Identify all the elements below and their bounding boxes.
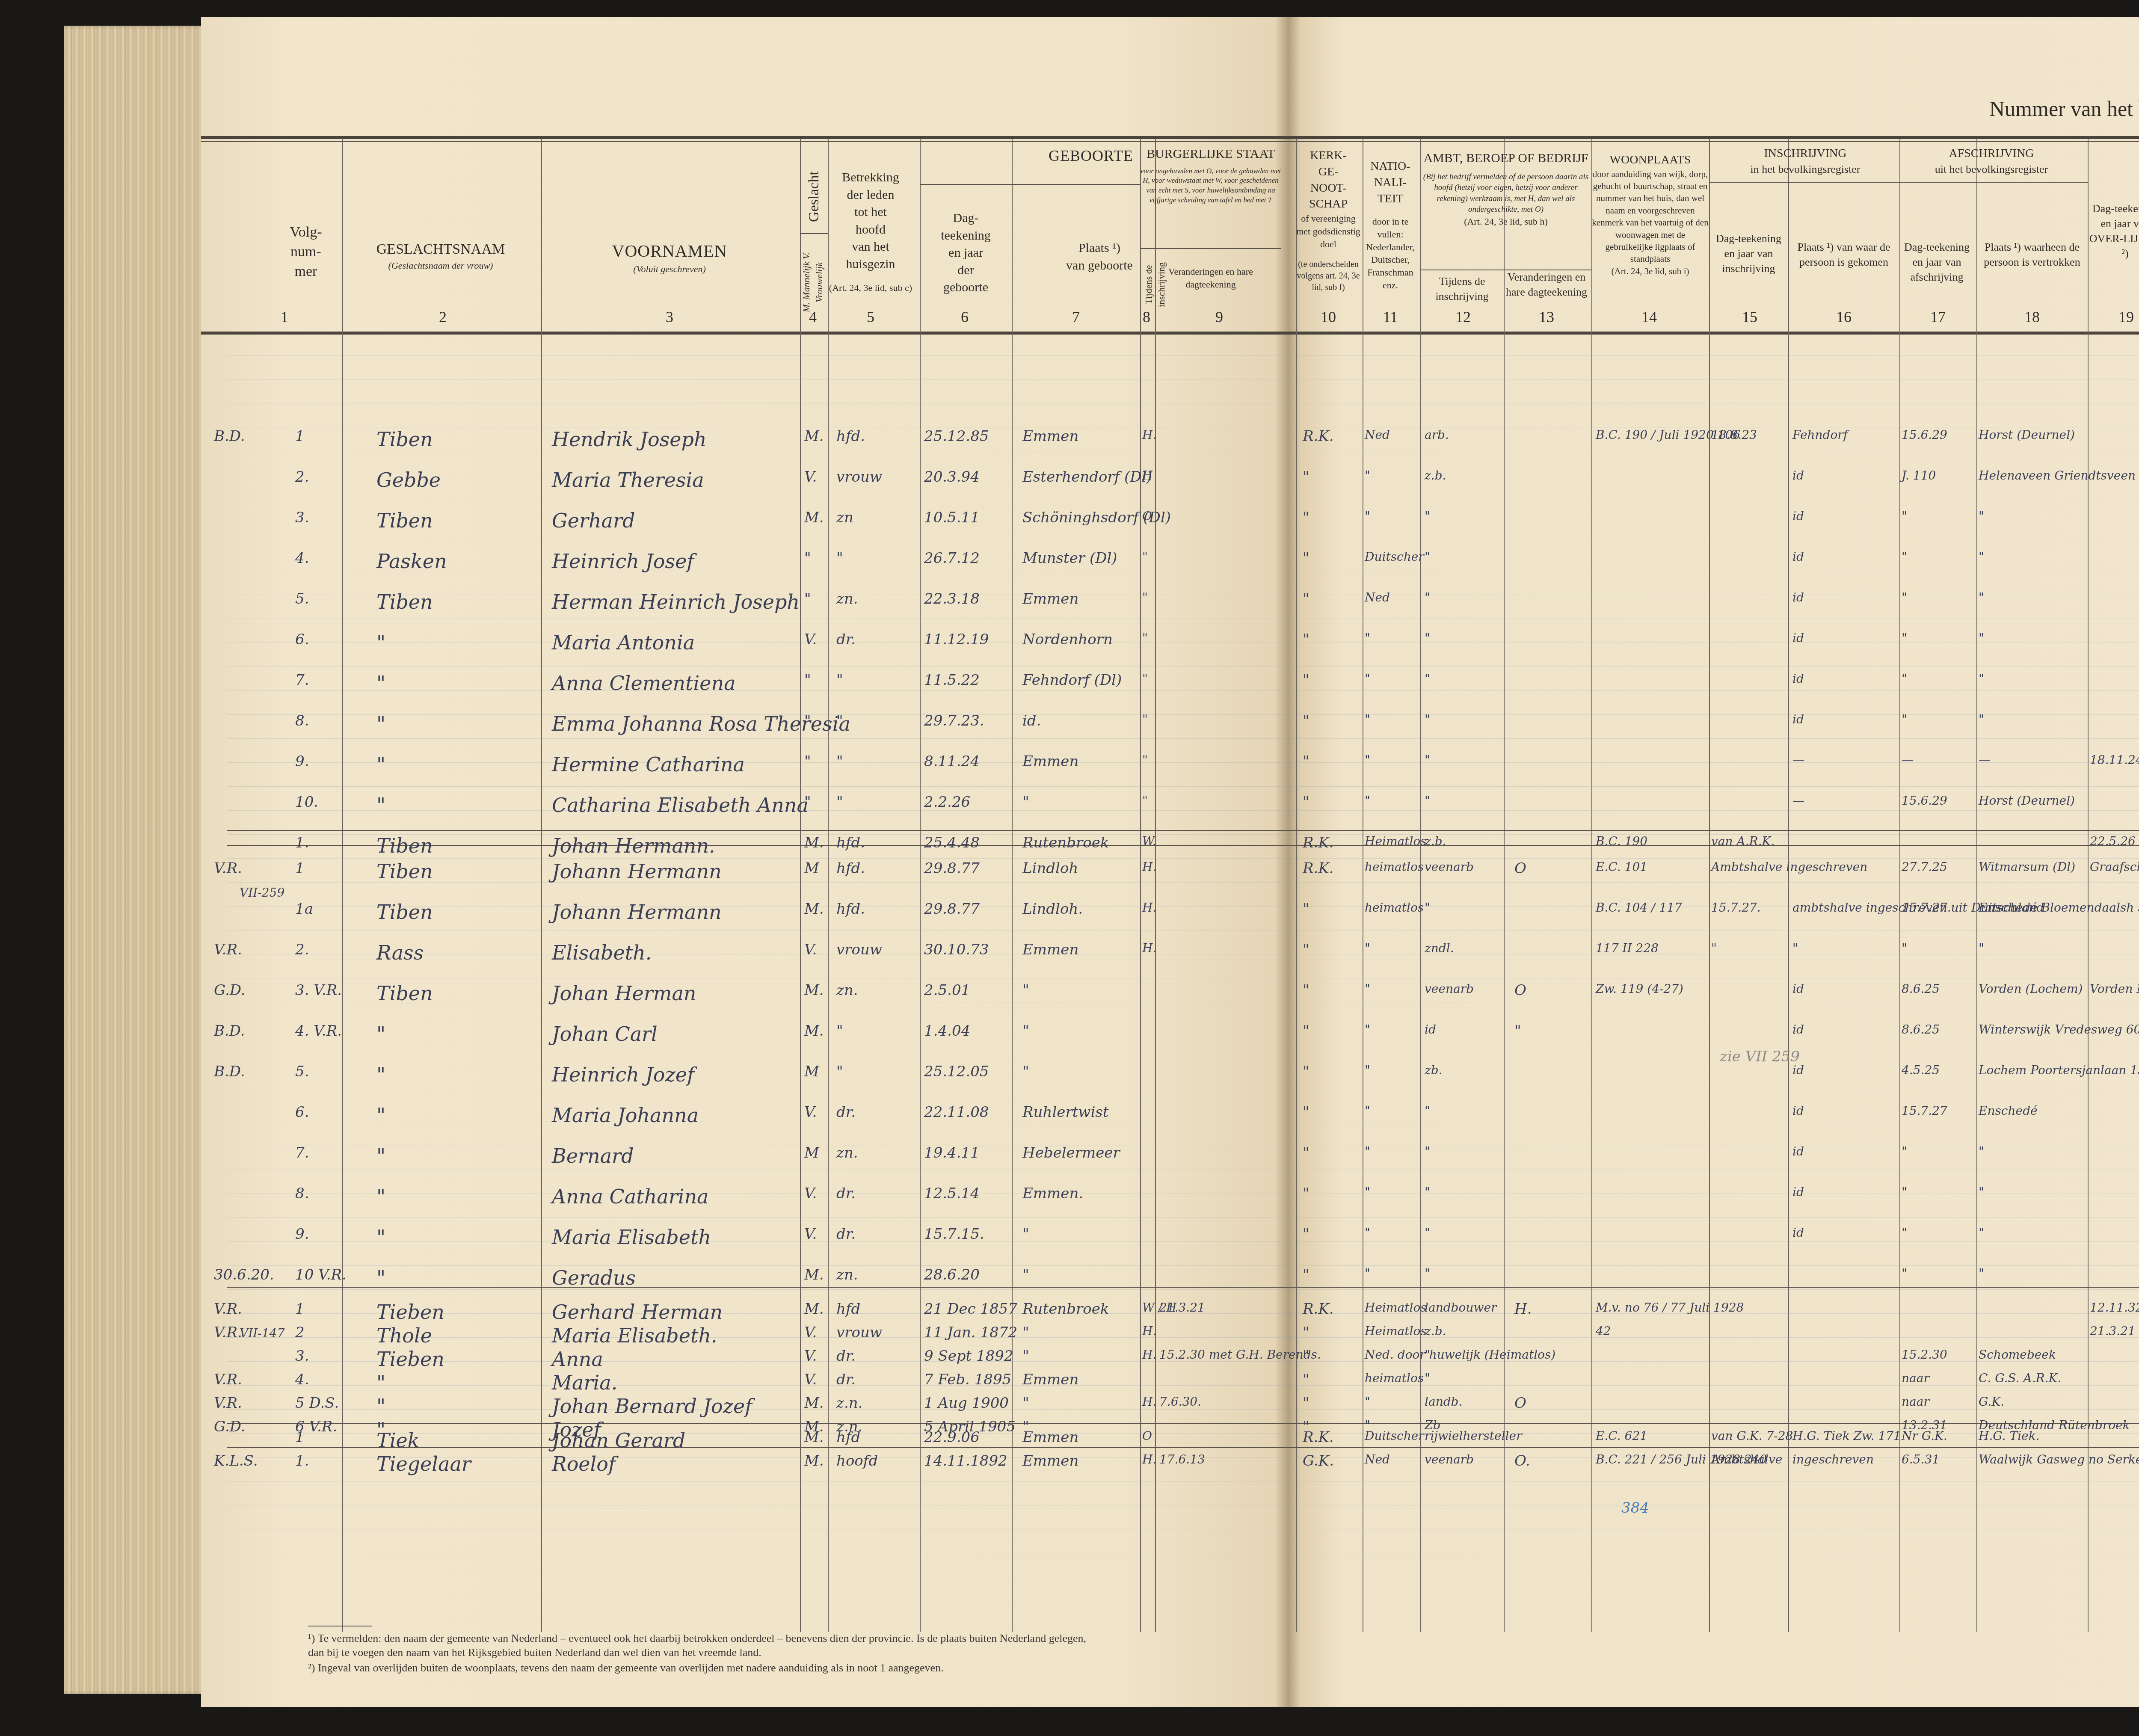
entry-church: " [1303, 672, 1309, 689]
blue-pencil-number: 384 [1621, 1499, 1649, 1517]
header-col-11: NATIO-NALI-TEITdoor in te vullen: Nederl… [1363, 158, 1418, 292]
entry-margin: G.D. [214, 1418, 246, 1435]
ruled-guide [227, 379, 2139, 379]
ruled-guide [227, 571, 2139, 571]
entry-surname: Tieben [376, 1301, 444, 1324]
entry-reg-date: Ambtshalve [1711, 1452, 1782, 1466]
entry-to: Schomebeek [1979, 1348, 2056, 1362]
entry-birth-place: " [1022, 1226, 1029, 1243]
column-number: 15 [1737, 308, 1763, 326]
entry-church: " [1303, 794, 1309, 811]
entry-relation: dr. [836, 1226, 856, 1243]
entry-death: 18.11.24 [2090, 753, 2139, 767]
entry-birth-date: 11.5.22 [924, 672, 980, 689]
entry-nr: 9. [295, 1226, 309, 1243]
margin-stamp: VII-259 [240, 886, 284, 900]
column-divider [1591, 139, 1592, 1632]
ruled-guide [227, 499, 2139, 499]
entry-to: " [1979, 941, 1984, 955]
entry-civil: W. [1142, 834, 1156, 848]
entry-given: Maria Elisabeth. [552, 1324, 717, 1347]
entry-nr: 4. V.R. [295, 1022, 342, 1040]
header-group-ambt: AMBT, BEROEP OF BEDRIJF(Bij het bedrijf … [1420, 150, 1591, 228]
entry-nationality: " [1365, 1185, 1370, 1199]
column-number: 9 [1206, 308, 1232, 326]
entry-nationality: Heimatlos [1365, 834, 1427, 848]
entry-surname: " [376, 1022, 385, 1046]
entry-from: ingeschreven [1792, 1452, 1874, 1466]
entry-civil: O [1142, 1429, 1152, 1443]
entry-from: id [1792, 468, 1804, 483]
entry-dereg-date: 15.7.27. [1902, 901, 1951, 915]
entry-sex: V. [804, 1185, 817, 1202]
entry-birth-date: 10.5.11 [924, 509, 980, 526]
entry-birth-place: Lindloh [1022, 860, 1078, 877]
entry-birth-date: 8.11.24 [924, 753, 980, 770]
header-top-rule [201, 136, 2139, 139]
entry-civil: " [1142, 753, 1148, 767]
entry-nationality: " [1365, 672, 1370, 686]
entry-occupation: veenarb [1425, 860, 1474, 874]
pencil-annotation: zie VII 259 [1720, 1048, 1800, 1065]
entry-civil: H. [1142, 941, 1156, 955]
column-divider [342, 139, 343, 1632]
entry-surname: " [376, 1226, 385, 1249]
entry-relation: dr. [836, 1371, 856, 1388]
entry-to: Horst (Deurnel) [1979, 428, 2075, 442]
entry-reg-date: Ambtshalve ingeschreven [1711, 860, 1867, 874]
entry-to: " [1979, 550, 1984, 564]
entry-nationality: Ned [1365, 428, 1390, 442]
entry-surname: Tiek [376, 1429, 420, 1452]
entry-occupation: arb. [1425, 428, 1449, 442]
ruled-guide [227, 738, 2139, 739]
entry-civil: H. [1142, 1395, 1156, 1409]
header-col-14: WOONPLAATSdoor aanduiding van wijk, dorp… [1591, 152, 1709, 277]
ruled-guide [227, 475, 2139, 475]
entry-nr: 7. [295, 1144, 309, 1161]
entry-surname: Rass [376, 941, 424, 964]
entry-death: 12.11.32. [2090, 1301, 2139, 1315]
entry-church: G.K. [1303, 1452, 1334, 1469]
entry-occupation: " [1425, 509, 1430, 523]
entry-nationality: " [1365, 794, 1370, 808]
entry-occ-change: O [1514, 1395, 1526, 1412]
header-col-12: Tijdens de inschrijving [1420, 274, 1504, 304]
entry-given: Anna [552, 1348, 603, 1371]
entry-sex: V. [804, 1324, 817, 1341]
entry-civil-change: 17.6.13 [1159, 1452, 1205, 1466]
entry-church: " [1303, 1226, 1309, 1243]
entry-dereg-date: " [1902, 672, 1907, 686]
column-number: 16 [1831, 308, 1857, 326]
entry-birth-place: Emmen [1022, 941, 1078, 958]
entry-given: Maria Elisabeth [552, 1226, 711, 1249]
household-separator [227, 1447, 2139, 1448]
entry-residence: M.v. no 76 / 77 Juli 1928 [1596, 1301, 1744, 1315]
column-divider [1363, 139, 1363, 1632]
entry-nationality: heimatlos [1365, 860, 1424, 874]
entry-relation: hfd. [836, 860, 865, 877]
ruled-guide [227, 1194, 2139, 1194]
ruled-guide [227, 882, 2139, 883]
entry-margin: 30.6.20. [214, 1266, 274, 1283]
entry-from: — [1792, 753, 1804, 767]
entry-surname: " [376, 631, 385, 654]
entry-birth-place: Emmen [1022, 753, 1078, 770]
entry-birth-date: 2.2.26 [924, 794, 970, 811]
entry-relation: hfd [836, 1429, 860, 1446]
entry-given: Maria Johanna [552, 1104, 699, 1127]
footnote-separator [308, 1626, 372, 1626]
entry-nationality: " [1365, 1063, 1370, 1077]
header-group-burgerlijke-staat: BURGERLIJKE STAATvoor ongehuwden met O, … [1140, 145, 1281, 205]
header-col-5: Betrekkingder ledentot hethoofdvan hethu… [828, 169, 913, 294]
ruled-guide [227, 762, 2139, 763]
entry-occupation: landb. [1425, 1395, 1462, 1409]
entry-nr: 1. [295, 834, 309, 851]
entry-dereg-date: — [1902, 753, 1914, 767]
entry-relation: hfd [836, 1301, 860, 1318]
entry-birth-date: 25.12.05 [924, 1063, 989, 1080]
entry-to: " [1979, 1266, 1984, 1280]
ruled-guide [227, 547, 2139, 547]
entry-birth-date: 11 Jan. 1872 [924, 1324, 1017, 1341]
entry-dereg-date: 6.5.31 [1902, 1452, 1940, 1466]
entry-occupation: " [1425, 631, 1430, 645]
ruled-guide [227, 1218, 2139, 1218]
entry-birth-place: Emmen [1022, 1429, 1078, 1446]
ruled-guide [227, 1505, 2139, 1505]
entry-birth-date: 22.11.08 [924, 1104, 989, 1121]
header-col-4: Geslacht [804, 158, 821, 235]
entry-occupation: " [1425, 1371, 1430, 1385]
entry-death: 22.5.26 [2090, 834, 2136, 848]
footnotes: ¹) Te vermelden: den naam der gemeente v… [308, 1626, 1099, 1677]
entry-birth-place: Esterhendorf (Dl) [1022, 468, 1152, 486]
entry-residence: E.C. 621 [1596, 1429, 1647, 1443]
entry-margin: B.D. [214, 1063, 245, 1080]
entry-surname: Gebbe [376, 468, 441, 492]
entry-birth-date: 30.10.73 [924, 941, 989, 958]
entry-given: Elisabeth. [552, 941, 652, 964]
entry-to: H.G. Tiek. [1979, 1429, 2040, 1443]
entry-dereg-date: " [1902, 1144, 1907, 1158]
entry-birth-place: " [1022, 1395, 1029, 1412]
ruled-guide [227, 619, 2139, 619]
entry-church: " [1303, 982, 1309, 999]
entry-birth-place: " [1022, 1266, 1029, 1283]
entry-nationality: " [1365, 982, 1370, 996]
sheet-number-label: Nummer van het blad [1989, 96, 2139, 121]
entry-given: Maria. [552, 1371, 617, 1394]
entry-occupation: " [1425, 1266, 1430, 1280]
entry-to: Helenaveen Griendtsveen Mij: [1979, 468, 2139, 483]
household-separator [227, 830, 2139, 831]
ruled-guide [227, 1098, 2139, 1098]
entry-occ-change: O [1514, 860, 1526, 877]
entry-surname: Tieben [376, 1348, 444, 1371]
entry-birth-place: Rutenbroek [1022, 1301, 1109, 1318]
entry-surname: Pasken [376, 550, 447, 573]
entry-relation: hfd. [836, 834, 865, 851]
entry-civil: H. [1142, 428, 1156, 442]
entry-nr: 1. [295, 1452, 309, 1469]
entry-nr: 5. [295, 590, 309, 607]
ruled-guide [227, 858, 2139, 859]
entry-to: — [1979, 753, 1991, 767]
entry-occupation: " [1425, 901, 1430, 915]
ruled-guide [227, 1289, 2139, 1290]
entry-relation: z.n. [836, 1395, 862, 1412]
group-header-rule [920, 184, 1140, 185]
entry-relation: " [836, 712, 843, 729]
header-col-10: KERK-GE-NOOT-SCHAPof vereeniging met god… [1296, 148, 1360, 293]
ruled-guide [227, 403, 2139, 403]
ruled-guide [227, 1481, 2139, 1481]
entry-occ-change: H. [1514, 1301, 1532, 1318]
entry-church: R.K. [1303, 1301, 1334, 1318]
entry-given: Anna Catharina [552, 1185, 708, 1208]
entry-nr: 2 [295, 1324, 305, 1341]
entry-nr: 3. [295, 1348, 309, 1365]
entry-sex: V. [804, 941, 817, 958]
ruled-guide [227, 1385, 2139, 1386]
entry-sex: M. [804, 1266, 824, 1283]
column-number: 17 [1925, 308, 1951, 326]
entry-birth-date: 22.3.18 [924, 590, 980, 607]
entry-surname: " [376, 1144, 385, 1167]
entry-nr: 2. [295, 941, 309, 958]
header-col-2: GESLACHTSNAAM(Geslachtsnaam der vrouw) [342, 240, 539, 272]
entry-nationality: " [1365, 509, 1370, 523]
entry-birth-date: 20.3.94 [924, 468, 980, 486]
ruled-guide [227, 643, 2139, 643]
entry-birth-place: Hebelermeer [1022, 1144, 1120, 1161]
column-number: 12 [1450, 308, 1476, 326]
entry-birth-date: 26.7.12 [924, 550, 980, 567]
entry-sex: V. [804, 1348, 817, 1365]
entry-dereg-date: 8.6.25 [1902, 1022, 1940, 1037]
column-number: 10 [1315, 308, 1341, 326]
entry-nationality: " [1365, 1266, 1370, 1280]
entry-nr: 1 [295, 428, 305, 445]
entry-birth-date: 29.7.23. [924, 712, 984, 729]
ruled-guide [227, 954, 2139, 954]
entry-nationality: Heimatlos [1365, 1301, 1427, 1315]
page-stack-edge [64, 26, 205, 1694]
entry-occupation: " [1425, 550, 1430, 564]
header-col-17: Dag-teekening en jaar van afschrijving [1899, 240, 1974, 284]
entry-relation: zn. [836, 590, 858, 607]
entry-birth-place: Nordenhorn [1022, 631, 1113, 648]
column-divider [2088, 139, 2089, 1632]
entry-residence: B.C. 190 [1596, 834, 1647, 848]
entry-relation: " [836, 1063, 843, 1080]
entry-nr: 4. [295, 550, 309, 567]
entry-occupation: " [1425, 1144, 1430, 1158]
entry-to: Horst (Deurnel) [1979, 794, 2075, 808]
entry-to: G.K. [1979, 1395, 2004, 1409]
ruled-guide [227, 523, 2139, 523]
entry-birth-date: 7 Feb. 1895 [924, 1371, 1011, 1388]
entry-sex: " [804, 753, 811, 770]
entry-church: " [1303, 1063, 1309, 1080]
ruled-guide [227, 786, 2139, 787]
entry-birth-date: 15.7.15. [924, 1226, 984, 1243]
entry-margin: K.L.S. [214, 1452, 258, 1469]
entry-nr: 8. [295, 712, 309, 729]
entry-to: " [1979, 712, 1984, 726]
entry-nationality: " [1365, 631, 1370, 645]
entry-church: " [1303, 1324, 1309, 1341]
entry-margin: V.R. [214, 860, 242, 877]
entry-relation: dr. [836, 1348, 856, 1365]
entry-sex: M [804, 1144, 819, 1161]
ruled-guide [227, 930, 2139, 930]
entry-from: Fehndorf [1792, 428, 1848, 442]
ruled-guide [227, 1146, 2139, 1146]
entry-surname: " [376, 794, 385, 817]
header-col-6: Dag-teekeningen jaardergeboorte [920, 210, 1012, 296]
entry-to: " [1979, 631, 1984, 645]
entry-to: " [1979, 672, 1984, 686]
entry-nr: 1 [295, 1301, 305, 1318]
entry-civil-change: 15.2.30 met G.H. Berends. [1159, 1348, 1321, 1362]
header-col-3: VOORNAMEN(Voluit geschreven) [541, 240, 798, 276]
entry-dereg-date: " [1902, 1226, 1907, 1240]
ruled-guide [227, 451, 2139, 451]
entry-civil: O [1142, 509, 1152, 523]
entry-surname: " [376, 1266, 385, 1289]
entry-occupation: rijwielhersteller [1425, 1429, 1522, 1443]
entry-to: " [1979, 1144, 1984, 1158]
entry-surname: " [376, 1371, 385, 1394]
ruled-guide [227, 1409, 2139, 1410]
entry-relation: " [836, 550, 843, 567]
entry-to: " [1979, 1226, 1984, 1240]
column-divider [800, 139, 801, 1632]
entry-margin: B.D. [214, 428, 245, 445]
entry-civil: " [1142, 672, 1148, 686]
entry-birth-date: 9 Sept 1892 [924, 1348, 1013, 1365]
entry-birth-date: 11.12.19 [924, 631, 989, 648]
entry-occupation: " [1425, 1348, 1430, 1362]
entry-church: " [1303, 1022, 1309, 1040]
entry-given: Gerhard [552, 509, 635, 532]
entry-occupation: " [1425, 1104, 1430, 1118]
entry-church: " [1303, 550, 1309, 567]
entry-from: id [1792, 631, 1804, 645]
ruled-guide [227, 1170, 2139, 1170]
entry-dereg-date: 15.6.29 [1902, 428, 1947, 442]
entry-nr: 4. [295, 1371, 309, 1388]
column-number: 6 [952, 308, 978, 326]
entry-birth-date: 25.12.85 [924, 428, 989, 445]
entry-sex: M [804, 1063, 819, 1080]
header-col-19: Dag-teekening en jaar van OVER-LIJDEN ²) [2088, 201, 2139, 261]
column-divider [1420, 139, 1421, 1632]
ruled-guide [227, 1026, 2139, 1026]
column-divider [1709, 139, 1710, 1632]
entry-civil: H. [1142, 901, 1156, 915]
column-number: 19 [2113, 308, 2139, 326]
entry-to: Vorden (Lochem) [1979, 982, 2083, 996]
ruled-guide [227, 427, 2139, 427]
entry-sex: M. [804, 1301, 824, 1318]
column-number: 18 [2019, 308, 2045, 326]
entry-from: — [1792, 794, 1804, 808]
column-divider [1140, 139, 1141, 1632]
entry-surname: " [376, 753, 385, 776]
entry-dereg-date: naar [1902, 1371, 1929, 1385]
ruled-guide [227, 1002, 2139, 1002]
entry-dereg-date: " [1902, 631, 1907, 645]
entry-surname: Tiben [376, 590, 433, 613]
header-col-1: Volg-num-mer [274, 222, 338, 281]
ruled-guide [227, 667, 2139, 667]
entry-relation: " [836, 753, 843, 770]
entry-surname: " [376, 712, 385, 735]
entry-church: " [1303, 509, 1309, 526]
ruled-guide [227, 1265, 2139, 1266]
entry-civil: H. [1142, 1348, 1156, 1362]
entry-sex: V. [804, 1104, 817, 1121]
ruled-guide [227, 978, 2139, 978]
ruled-guide [227, 1050, 2139, 1050]
entry-birth-date: 22.9.06 [924, 1429, 980, 1446]
entry-sex: M. [804, 901, 824, 918]
entry-relation: vrouw [836, 468, 882, 486]
ruled-guide [227, 1601, 2139, 1601]
entry-church: " [1303, 753, 1309, 770]
entry-surname: Tiben [376, 428, 433, 451]
entry-surname: " [376, 1185, 385, 1208]
entry-from: id [1792, 712, 1804, 726]
entry-occupation: landbouwer [1425, 1301, 1496, 1315]
entry-nr: 9. [295, 753, 309, 770]
entry-residence: B.C. 104 / 117 [1596, 901, 1682, 915]
entry-church: " [1303, 631, 1309, 648]
header-col-8: Tijdens de inschrijving [1142, 257, 1155, 312]
entry-birth-place: Emmen [1022, 428, 1078, 445]
entry-occupation: " [1425, 590, 1430, 604]
ruled-guide [227, 1529, 2139, 1529]
entry-birth-place: " [1022, 1324, 1029, 1341]
entry-occupation: " [1425, 712, 1430, 726]
entry-margin: G.D. [214, 982, 246, 999]
entry-given: Herman Heinrich Joseph [552, 590, 800, 613]
entry-death: Vorden Ma A.J. Jansen [2090, 982, 2139, 996]
entry-given: Catharina Elisabeth Anna [552, 794, 809, 817]
column-number: 2 [430, 308, 456, 326]
entry-sex: " [804, 550, 811, 567]
entry-given: Bernard [552, 1144, 634, 1167]
entry-birth-place: Fehndorf (Dl) [1022, 672, 1122, 689]
entry-church: " [1303, 590, 1309, 607]
ruled-guide [227, 1241, 2139, 1242]
entry-civil: " [1142, 631, 1148, 645]
entry-nr: 7. [295, 672, 309, 689]
column-number: 5 [858, 308, 883, 326]
entry-relation: hfd. [836, 901, 865, 918]
entry-margin: B.D. [214, 1022, 245, 1040]
entry-relation: hoofd [836, 1452, 878, 1469]
entry-relation: vrouw [836, 1324, 882, 1341]
entry-relation: zn. [836, 982, 858, 999]
entry-dereg-date: " [1902, 712, 1907, 726]
entry-civil: " [1142, 590, 1148, 604]
